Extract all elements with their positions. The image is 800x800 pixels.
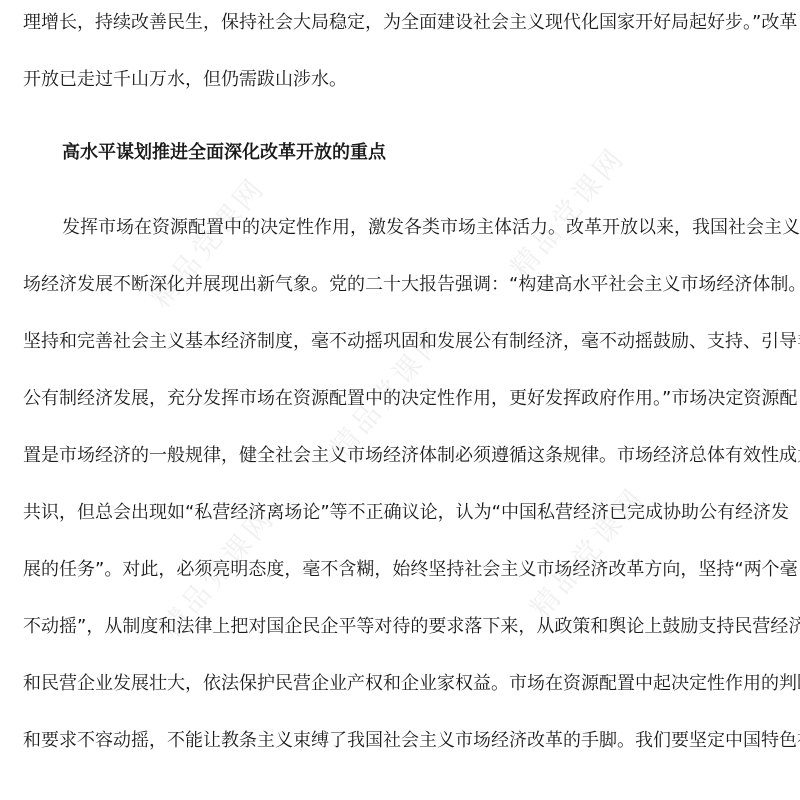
paragraph-line-10: 和要求不容动摇，不能让教条主义束缚了我国社会主义市场经济改革的手脚。我们要坚定中… [23, 729, 778, 753]
paragraph-line-1: 发挥市场在资源配置中的决定性作用，激发各类市场主体活力。改革开放以来，我国社会主… [62, 216, 778, 240]
paragraph-line-6: 共识，但总会出现如“私营经济离场论”等不正确议论，认为“中国私营经济已完成协助公… [23, 501, 778, 525]
paragraph-line-9: 和民营企业发展壮大，依法保护民营企业产权和企业家权益。市场在资源配置中起决定性作… [23, 672, 778, 696]
section-heading: 高水平谋划推进全面深化改革开放的重点 [62, 141, 386, 165]
paragraph-line-4: 公有制经济发展，充分发挥市场在资源配置中的决定性作用，更好发挥政府作用。”市场决… [23, 387, 778, 411]
intro-line-2: 开放已走过千山万水，但仍需跋山涉水。 [23, 68, 778, 92]
paragraph-line-7: 展的任务”。对此，必须亮明态度，毫不含糊，始终坚持社会主义市场经济改革方向，坚持… [23, 558, 778, 582]
watermark: 精品党课网 [500, 137, 633, 285]
paragraph-line-8: 不动摇”，从制度和法律上把对国企民企平等对待的要求落下来，从政策和舆论上鼓励支持… [23, 615, 778, 639]
paragraph-line-3: 坚持和完善社会主义基本经济制度，毫不动摇巩固和发展公有制经济，毫不动摇鼓励、支持… [23, 330, 778, 354]
paragraph-line-5: 置是市场经济的一般规律，健全社会主义市场经济体制必须遵循这条规律。市场经济总体有… [23, 444, 778, 468]
document-page: 理增长，持续改善民生，保持社会大局稳定，为全面建设社会主义现代化国家开好局起好步… [0, 0, 800, 800]
watermark: 精品党课网 [520, 477, 653, 625]
paragraph-line-2: 场经济发展不断深化并展现出新气象。党的二十大报告强调：“构建高水平社会主义市场经… [23, 273, 778, 297]
intro-line-1: 理增长，持续改善民生，保持社会大局稳定，为全面建设社会主义现代化国家开好局起好步… [23, 11, 778, 35]
